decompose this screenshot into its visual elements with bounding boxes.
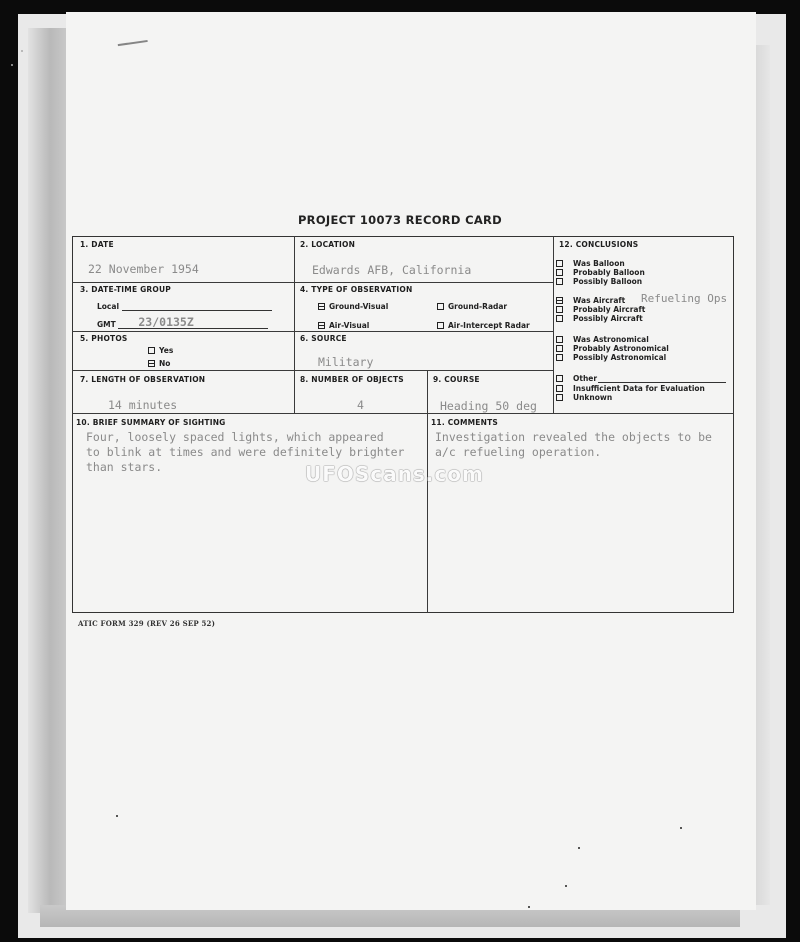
comments-line: a/c refueling operation. [435, 445, 601, 459]
conclusion-was-aircraft[interactable]: Was Aircraft [556, 296, 625, 305]
comments-label: 11. COMMENTS [431, 418, 498, 427]
option-air-intercept-radar[interactable]: Air-Intercept Radar [437, 321, 530, 330]
conclusion-was-astronomical[interactable]: Was Astronomical [556, 335, 649, 344]
checkbox-icon[interactable] [556, 394, 563, 401]
checkbox-icon[interactable] [556, 354, 563, 361]
conclusion-possibly-astronomical[interactable]: Possibly Astronomical [556, 353, 666, 362]
dust-speck [528, 906, 530, 908]
dust-speck [565, 885, 567, 887]
conclusion-other[interactable]: Other [556, 374, 726, 383]
brief-summary-label: 10. BRIEF SUMMARY OF SIGHTING [76, 418, 226, 427]
dust-speck [21, 50, 23, 52]
checkbox-icon[interactable] [556, 269, 563, 276]
checkbox-icon[interactable] [318, 303, 325, 310]
local-value [122, 310, 272, 311]
length-of-observation-value: 14 minutes [108, 398, 177, 412]
checkbox-icon[interactable] [556, 306, 563, 313]
divider [294, 236, 295, 413]
option-ground-radar[interactable]: Ground-Radar [437, 302, 507, 311]
other-field[interactable] [598, 382, 726, 383]
form-number: ATIC FORM 329 (REV 26 SEP 52) [78, 619, 215, 628]
photos-yes[interactable]: Yes [148, 346, 173, 355]
summary-line: than stars. [86, 460, 162, 474]
photos-label: 5. PHOTOS [80, 334, 128, 343]
location-value: Edwards AFB, California [312, 263, 471, 277]
watermark: UFOScans.com [305, 462, 484, 486]
divider [553, 236, 554, 413]
checkbox-icon[interactable] [556, 297, 563, 304]
photos-no[interactable]: No [148, 359, 170, 368]
checkbox-icon[interactable] [556, 315, 563, 322]
local-label: Local [97, 302, 119, 311]
option-air-visual[interactable]: Air-Visual [318, 321, 369, 330]
source-label: 6. SOURCE [300, 334, 347, 343]
checkbox-icon[interactable] [437, 303, 444, 310]
card-title: PROJECT 10073 RECORD CARD [0, 213, 800, 227]
checkbox-icon[interactable] [556, 345, 563, 352]
conclusion-unknown[interactable]: Unknown [556, 393, 612, 402]
checkbox-icon[interactable] [556, 375, 563, 382]
source-value: Military [318, 355, 373, 369]
comments-line: Investigation revealed the objects to be [435, 430, 712, 444]
checkbox-icon[interactable] [148, 360, 155, 367]
divider [72, 413, 734, 414]
conclusion-was-balloon[interactable]: Was Balloon [556, 259, 625, 268]
dust-speck [116, 815, 118, 817]
conclusion-possibly-balloon[interactable]: Possibly Balloon [556, 277, 642, 286]
conclusion-insufficient-data[interactable]: Insufficient Data for Evaluation [556, 384, 705, 393]
checkbox-icon[interactable] [437, 322, 444, 329]
summary-line: Four, loosely spaced lights, which appea… [86, 430, 384, 444]
was-aircraft-note: Refueling Ops [641, 292, 727, 305]
checkbox-icon[interactable] [148, 347, 155, 354]
checkbox-icon[interactable] [556, 336, 563, 343]
option-ground-visual[interactable]: Ground-Visual [318, 302, 388, 311]
conclusion-probably-astronomical[interactable]: Probably Astronomical [556, 344, 669, 353]
course-value: Heading 50 deg [440, 399, 537, 413]
local-time-field: Local [97, 302, 272, 311]
gmt-time-field: GMT 23/0135Z [97, 320, 268, 329]
date-label: 1. DATE [80, 240, 114, 249]
number-of-objects-value: 4 [357, 398, 364, 412]
checkbox-icon[interactable] [556, 278, 563, 285]
checkbox-icon[interactable] [556, 260, 563, 267]
conclusions-label: 12. CONCLUSIONS [559, 240, 638, 249]
number-of-objects-label: 8. NUMBER OF OBJECTS [300, 375, 404, 384]
checkbox-icon[interactable] [556, 385, 563, 392]
conclusion-probably-aircraft[interactable]: Probably Aircraft [556, 305, 645, 314]
page-shadow-left [28, 28, 68, 913]
divider [72, 331, 553, 332]
divider [72, 282, 553, 283]
date-time-group-label: 3. DATE-TIME GROUP [80, 285, 171, 294]
length-of-observation-label: 7. LENGTH OF OBSERVATION [80, 375, 205, 384]
location-label: 2. LOCATION [300, 240, 355, 249]
divider [427, 370, 428, 613]
gmt-label: GMT [97, 320, 116, 329]
dust-speck [11, 64, 13, 66]
checkbox-icon[interactable] [318, 322, 325, 329]
summary-line: to blink at times and were definitely br… [86, 445, 405, 459]
date-value: 22 November 1954 [88, 262, 199, 276]
conclusion-probably-balloon[interactable]: Probably Balloon [556, 268, 645, 277]
dust-speck [680, 827, 682, 829]
divider [72, 370, 553, 371]
dust-speck [578, 847, 580, 849]
gmt-value: 23/0135Z [138, 315, 193, 329]
course-label: 9. COURSE [433, 375, 480, 384]
conclusion-possibly-aircraft[interactable]: Possibly Aircraft [556, 314, 643, 323]
type-of-observation-label: 4. TYPE OF OBSERVATION [300, 285, 412, 294]
